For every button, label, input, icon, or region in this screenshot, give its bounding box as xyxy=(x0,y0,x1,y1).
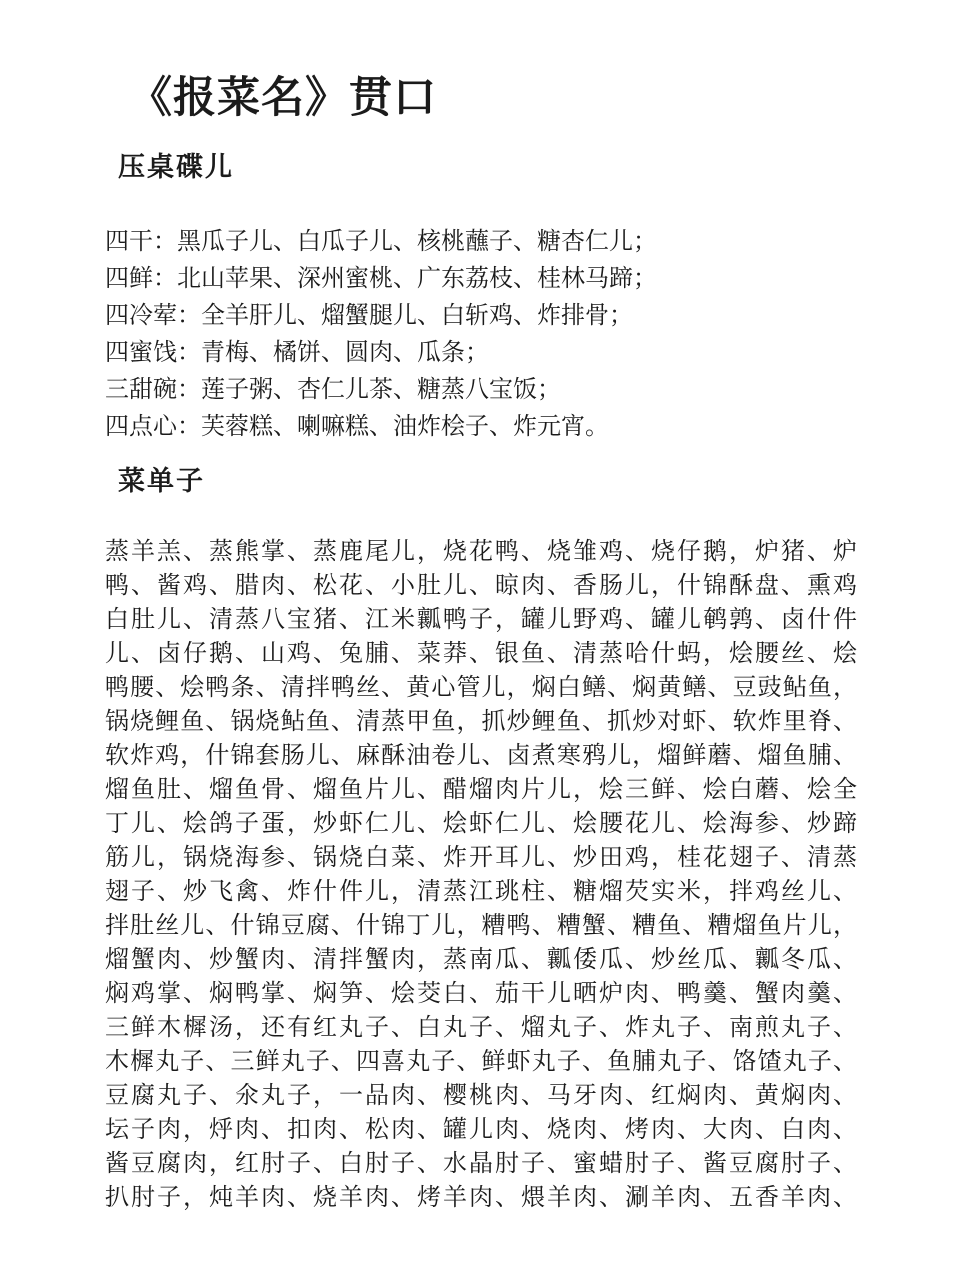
menu-line: 木樨丸子、三鲜丸子、四喜丸子、鲜虾丸子、鱼脯丸子、饹馇丸子、 xyxy=(105,1045,857,1079)
course-line-four-fresh: 四鲜：北山苹果、深州蜜桃、广东荔枝、桂林马蹄； xyxy=(105,261,857,298)
menu-line: 鸭腰、烩鸭条、清拌鸭丝、黄心管儿，焖白鳝、焖黄鳝、豆豉鲇鱼， xyxy=(105,671,857,705)
menu-line: 豆腐丸子、氽丸子，一品肉、樱桃肉、马牙肉、红焖肉、黄焖肉、 xyxy=(105,1079,857,1113)
course-line-four-pastries: 四点心：芙蓉糕、喇嘛糕、油炸桧子、炸元宵。 xyxy=(105,409,857,446)
menu-line: 三鲜木樨汤，还有红丸子、白丸子、熘丸子、炸丸子、南煎丸子、 xyxy=(105,1011,857,1045)
menu-line: 扒肘子，炖羊肉、烧羊肉、烤羊肉、煨羊肉、涮羊肉、五香羊肉、 xyxy=(105,1181,857,1215)
menu-line: 翅子、炒飞禽、炸什件儿，清蒸江珧柱、糖熘芡实米，拌鸡丝儿、 xyxy=(105,875,857,909)
course-line-three-sweet-bowls: 三甜碗：莲子粥、杏仁儿茶、糖蒸八宝饭； xyxy=(105,372,857,409)
menu-line: 蒸羊羔、蒸熊掌、蒸鹿尾儿，烧花鸭、烧雏鸡、烧仔鹅，炉猪、炉 xyxy=(105,535,857,569)
document-page: 《报菜名》贯口 压桌碟儿 四干：黑瓜子儿、白瓜子儿、核桃蘸子、糖杏仁儿； 四鲜：… xyxy=(0,0,959,1280)
menu-line: 儿、卤仔鹅、山鸡、兔脯、菜莽、银鱼、清蒸哈什蚂，烩腰丝、烩 xyxy=(105,637,857,671)
menu-line: 筋儿，锅烧海参、锅烧白菜、炸开耳儿、炒田鸡，桂花翅子、清蒸 xyxy=(105,841,857,875)
course-line-four-preserves: 四蜜饯：青梅、橘饼、圆肉、瓜条； xyxy=(105,335,857,372)
menu-line: 熘鱼肚、熘鱼骨、熘鱼片儿、醋熘肉片儿，烩三鲜、烩白蘑、烩全 xyxy=(105,773,857,807)
section-heading-table-dishes: 压桌碟儿 xyxy=(118,152,857,184)
menu-line: 白肚儿、清蒸八宝猪、江米瓤鸭子，罐儿野鸡、罐儿鹌鹑、卤什件 xyxy=(105,603,857,637)
menu-line: 拌肚丝儿、什锦豆腐、什锦丁儿，糟鸭、糟蟹、糟鱼、糟熘鱼片儿， xyxy=(105,909,857,943)
menu-line: 坛子肉，烀肉、扣肉、松肉、罐儿肉、烧肉、烤肉、大肉、白肉、 xyxy=(105,1113,857,1147)
table-dishes-list: 四干：黑瓜子儿、白瓜子儿、核桃蘸子、糖杏仁儿； 四鲜：北山苹果、深州蜜桃、广东荔… xyxy=(105,224,857,446)
menu-line: 焖鸡掌、焖鸭掌、焖笋、烩茭白、茄干儿晒炉肉、鸭羹、蟹肉羹、 xyxy=(105,977,857,1011)
menu-line: 鸭、酱鸡、腊肉、松花、小肚儿、晾肉、香肠儿，什锦酥盘、熏鸡 xyxy=(105,569,857,603)
menu-line: 丁儿、烩鸽子蛋，炒虾仁儿、烩虾仁儿、烩腰花儿、烩海参、炒蹄 xyxy=(105,807,857,841)
menu-line: 锅烧鲤鱼、锅烧鲇鱼、清蒸甲鱼，抓炒鲤鱼、抓炒对虾、软炸里脊、 xyxy=(105,705,857,739)
menu-line: 酱豆腐肉，红肘子、白肘子、水晶肘子、蜜蜡肘子、酱豆腐肘子、 xyxy=(105,1147,857,1181)
menu-line: 软炸鸡，什锦套肠儿、麻酥油卷儿、卤煮寒鸦儿，熘鲜蘑、熘鱼脯、 xyxy=(105,739,857,773)
section-heading-menu: 菜单子 xyxy=(118,466,857,498)
menu-paragraph: 蒸羊羔、蒸熊掌、蒸鹿尾儿，烧花鸭、烧雏鸡、烧仔鹅，炉猪、炉 鸭、酱鸡、腊肉、松花… xyxy=(105,535,857,1215)
menu-line: 熘蟹肉、炒蟹肉、清拌蟹肉，蒸南瓜、瓤倭瓜、炒丝瓜、瓤冬瓜、 xyxy=(105,943,857,977)
course-line-four-dried: 四干：黑瓜子儿、白瓜子儿、核桃蘸子、糖杏仁儿； xyxy=(105,224,857,261)
document-title: 《报菜名》贯口 xyxy=(129,72,857,126)
course-line-four-cold-meats: 四冷荤：全羊肝儿、熘蟹腿儿、白斩鸡、炸排骨； xyxy=(105,298,857,335)
